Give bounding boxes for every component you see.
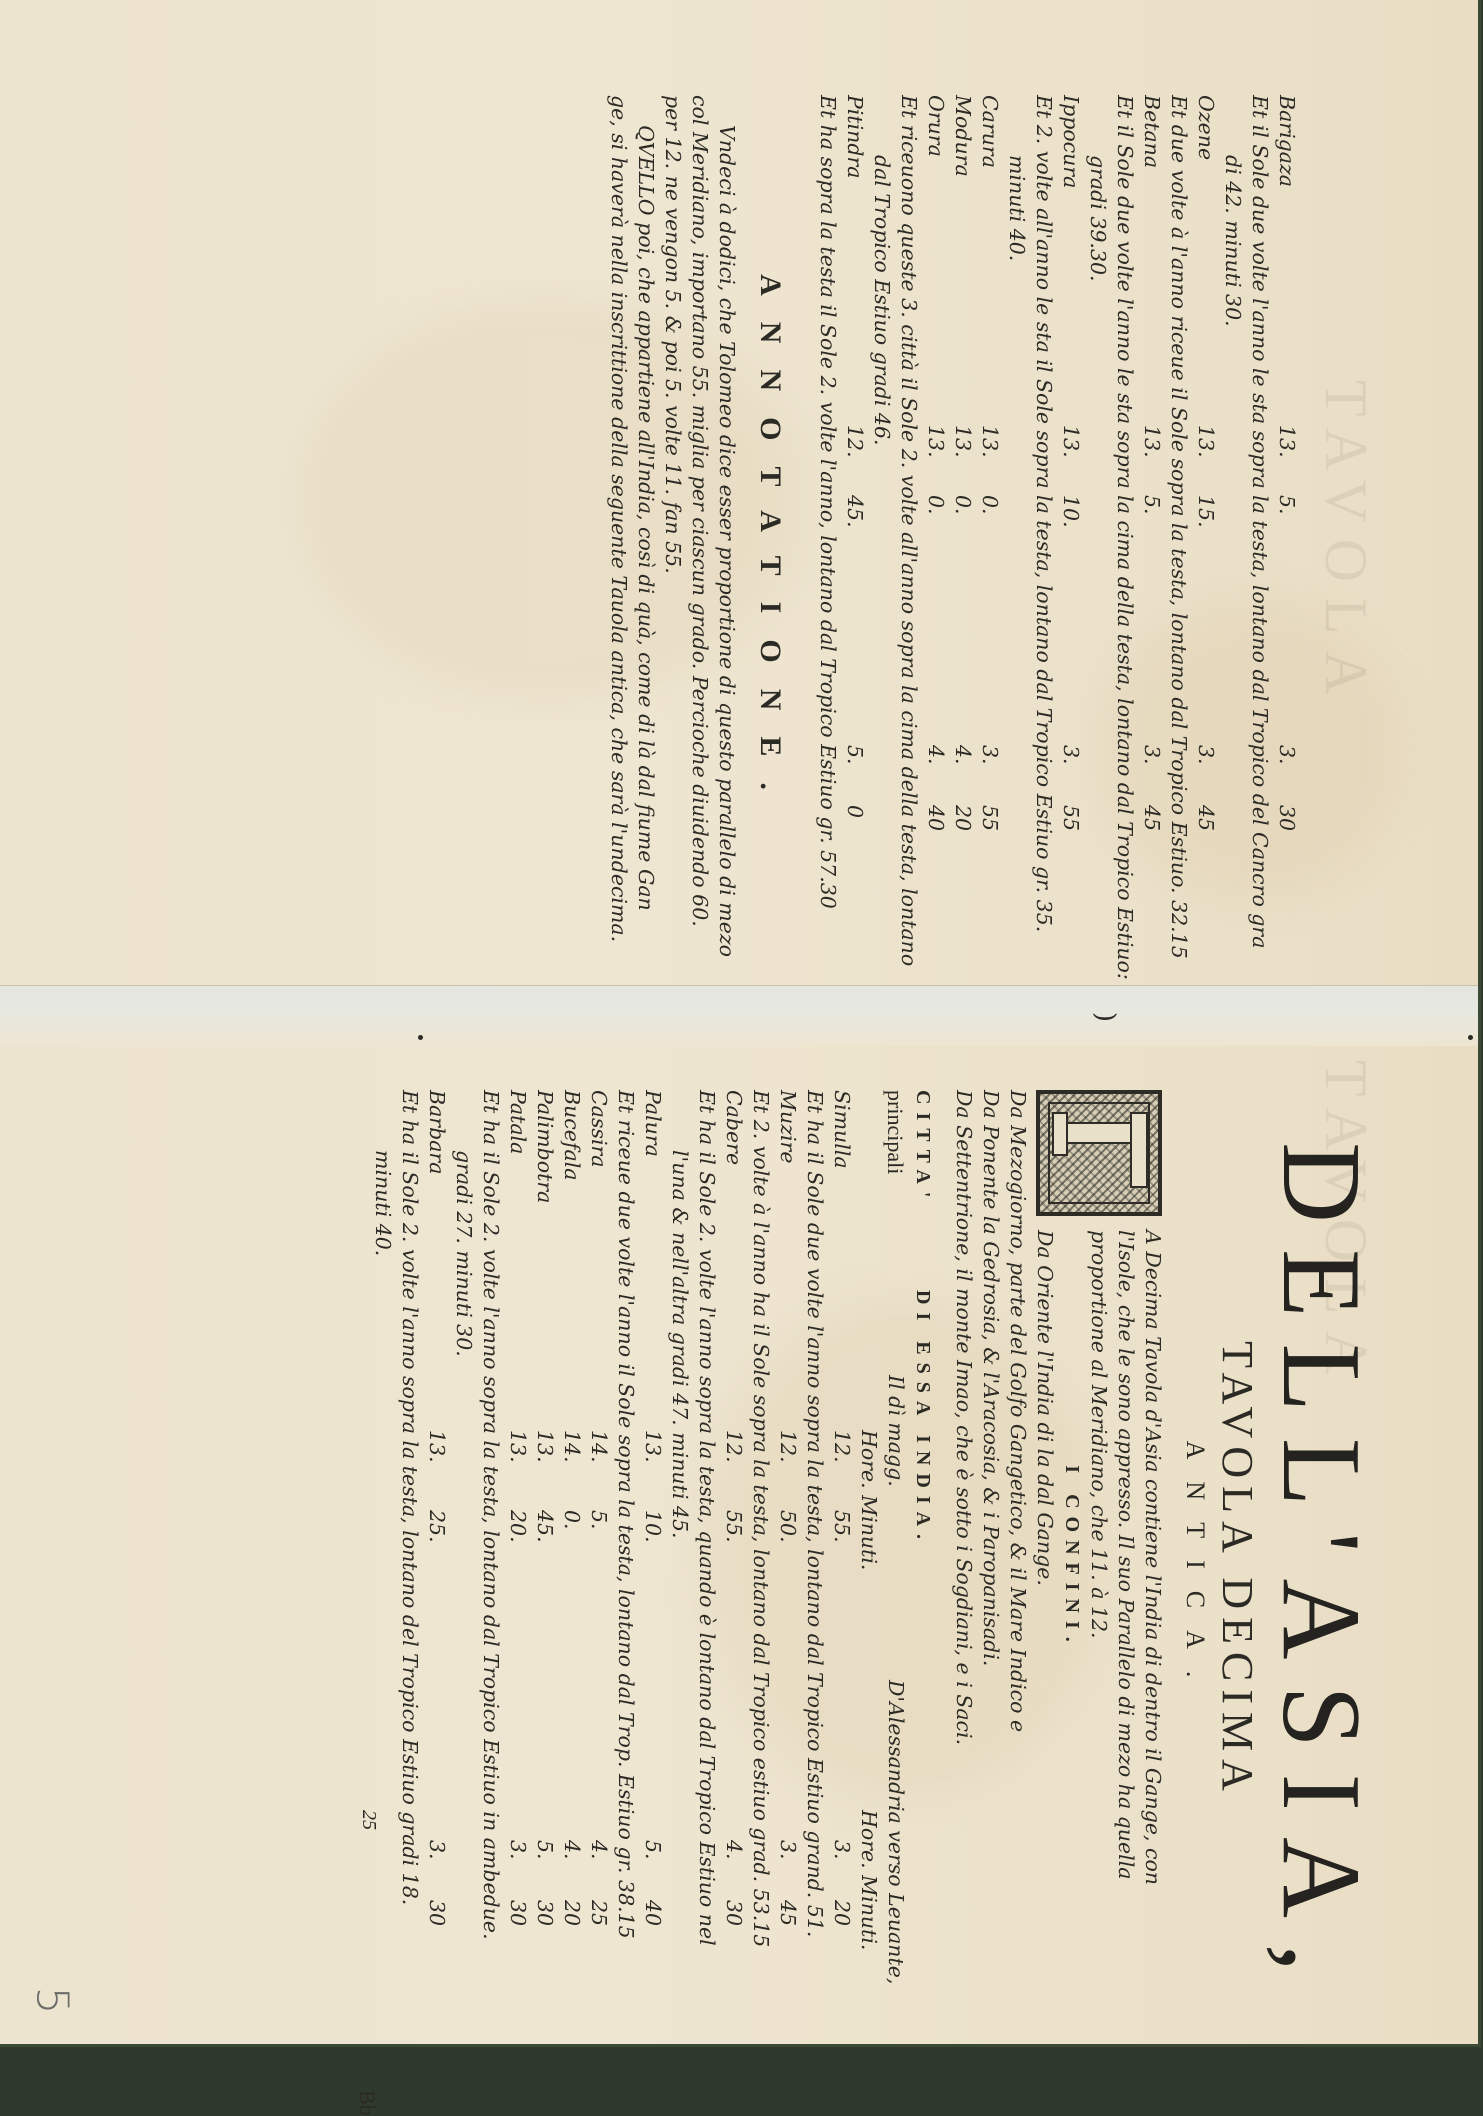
table-cell: 25. xyxy=(423,1510,450,1840)
table-cell: 14. xyxy=(585,1430,612,1510)
table-cell: Muzire xyxy=(774,1090,801,1430)
table-cell: 5. xyxy=(531,1840,558,1900)
table-cell: Barigaza xyxy=(1273,95,1300,425)
table-cell: 25 xyxy=(585,1900,612,1960)
table-cell: Palimbotra xyxy=(531,1090,558,1430)
table-cell: 55. xyxy=(828,1510,855,1840)
table-row: Barigaza13.5.3.30 xyxy=(1273,95,1300,995)
table-cell: 45. xyxy=(841,495,868,745)
table-cell: 14. xyxy=(558,1430,585,1510)
lower-page: DELL'ASIA, TAVOLA DECIMA ANTICA. A Decim… xyxy=(210,1090,1390,2048)
printer-mark: ) xyxy=(1090,1012,1120,1022)
table-cell: Betana xyxy=(1138,95,1165,425)
table-cell: 13. xyxy=(1138,425,1165,495)
table-cell: 5. xyxy=(841,745,868,805)
table-cell: 10. xyxy=(1057,495,1084,745)
table-row: Ippocura13.10.3.55 xyxy=(1057,95,1084,995)
table-cell: 5. xyxy=(1273,495,1300,745)
table-cell: 3. xyxy=(1273,745,1300,805)
table-cell: 3. xyxy=(1138,745,1165,805)
annotation-line: Vndeci à dodici, che Tolomeo dice esser … xyxy=(713,95,740,995)
table-cell: 45 xyxy=(1138,805,1165,865)
table-cell: 30 xyxy=(504,1900,531,1960)
table-cell: 15. xyxy=(1192,495,1219,745)
table-cell: 13. xyxy=(504,1430,531,1510)
table-cell: 0. xyxy=(558,1510,585,1840)
table-cell: 13. xyxy=(639,1430,666,1510)
intro-line: l'Isole, che le sono appresso. Il suo Pa… xyxy=(1112,1230,1139,1885)
upper-page: Barigaza13.5.3.30 Et il Sole due volte l… xyxy=(600,95,1300,995)
table-cell: 13. xyxy=(922,425,949,495)
table-cell: 3. xyxy=(1057,745,1084,805)
table-cell: 40 xyxy=(639,1900,666,1960)
header-group-1: Il dì magg. xyxy=(882,1275,909,1560)
table-note: Et il Sole due volte l'anno le sta sopra… xyxy=(1111,95,1138,995)
table-cell: 50. xyxy=(774,1510,801,1840)
table-row: Patala13.20.3.30 xyxy=(504,1090,531,2048)
table-cell: 30 xyxy=(531,1900,558,1960)
table-cell: 0 xyxy=(841,805,868,865)
catchword: 25 xyxy=(357,1810,380,1830)
table-row: Pitindra12.45.5.0 xyxy=(841,95,868,995)
table-row: Palimbotra13.45.5.30 xyxy=(531,1090,558,2048)
table-cell: 45 xyxy=(1192,805,1219,865)
confini-line: Da Ponente la Gedrosia, & l'Aracosia, & … xyxy=(977,1090,1004,2048)
table-cell: 13. xyxy=(976,425,1003,495)
table-cell: 5. xyxy=(585,1510,612,1840)
ink-spot xyxy=(418,1035,423,1040)
header-group-2: D'Alessandria verso Leuante, xyxy=(882,1560,909,2048)
ink-spot xyxy=(1468,1035,1473,1040)
book-spread: TAVOLA TAVOLA ) DELL'ASIA, TAVOLA DECIMA… xyxy=(0,0,1481,2047)
cities-table: Simulla12.55.3.20 Et ha il Sole due volt… xyxy=(369,1090,855,2048)
table-cell: 20 xyxy=(949,805,976,865)
bleed-through-text: TAVOLA xyxy=(1311,380,1380,710)
table-cell: Modura xyxy=(949,95,976,425)
table-cell: 55 xyxy=(976,805,1003,865)
table-cell: Patala xyxy=(504,1090,531,1430)
table-row: Cabere12.55.4.30 xyxy=(720,1090,747,2048)
pencil-annotation: 5 xyxy=(27,1987,78,2015)
intro-block: A Decima Tavola d'Asia contiene l'India … xyxy=(1031,1090,1166,2048)
table-note: Et il Sole due volte l'anno le sta sopra… xyxy=(1246,95,1273,995)
table-cell: 12. xyxy=(774,1430,801,1510)
table-cell: 5. xyxy=(639,1840,666,1900)
table-cell: 0. xyxy=(976,495,1003,745)
decorated-initial-L-icon xyxy=(1036,1090,1162,1216)
table-note: Et due volte à l'anno riceue il Sole sop… xyxy=(1165,95,1192,995)
table-cell: Bucefala xyxy=(558,1090,585,1430)
table-row: Carura13.0.3.55 xyxy=(976,95,1003,995)
confini-line: Da Mezogiorno, parte del Golfo Gangetico… xyxy=(1004,1090,1031,2048)
table-cell: 30 xyxy=(720,1900,747,1960)
table-cell: 55 xyxy=(1057,805,1084,865)
table-cell: 30 xyxy=(423,1900,450,1960)
table-row: Palura13.10.5.40 xyxy=(639,1090,666,2048)
table-note: Et ha il Sole 2. volte l'anno sopra la t… xyxy=(396,1090,423,2048)
table-cell: Ozene xyxy=(1192,95,1219,425)
table-note: Et 2. volte à l'anno ha il Sole sopra la… xyxy=(747,1090,774,2048)
table-row: Bucefala14.0.4.20 xyxy=(558,1090,585,2048)
annotation-body: Vndeci à dodici, che Tolomeo dice esser … xyxy=(605,95,740,995)
table-cell: 0. xyxy=(949,495,976,745)
table-cell: Palura xyxy=(639,1090,666,1430)
table-cell: 10. xyxy=(639,1510,666,1840)
cities-table-continued: Barigaza13.5.3.30 Et il Sole due volte l… xyxy=(814,95,1300,995)
table-cell: 4. xyxy=(922,745,949,805)
table-note: gradi 39.30. xyxy=(1084,95,1111,995)
page-subtitle: TAVOLA DECIMA xyxy=(1212,1090,1262,2048)
table-cell: 13. xyxy=(1057,425,1084,495)
header-principali: principali xyxy=(882,1090,909,1275)
table-cell: 13. xyxy=(423,1430,450,1510)
annotation-line: ge, si haverà nella inscrittione della s… xyxy=(605,95,632,995)
table-cell: 4. xyxy=(949,745,976,805)
table-cell: 3. xyxy=(976,745,1003,805)
table-cell: Simulla xyxy=(828,1090,855,1430)
table-cell: 13. xyxy=(1273,425,1300,495)
annotation-heading: ANNOTATIONE. xyxy=(740,95,800,995)
table-cell: 4. xyxy=(558,1840,585,1900)
table-note: Et riceuono queste 3. città il Sole 2. v… xyxy=(895,95,922,995)
table-cell: Cassira xyxy=(585,1090,612,1430)
table-cell: 45 xyxy=(774,1900,801,1960)
table-cell: 20 xyxy=(828,1900,855,1960)
header-group-title: DI ESSA INDIA. xyxy=(909,1290,936,1690)
confini-heading: I CONFINI. xyxy=(1058,1230,1085,1885)
table-cell: 45. xyxy=(531,1510,558,1840)
table-cell: 12. xyxy=(828,1430,855,1510)
table-cell: 40 xyxy=(922,805,949,865)
table-cell: Orura xyxy=(922,95,949,425)
table-cell: Ippocura xyxy=(1057,95,1084,425)
table-row: Ozene13.15.3.45 xyxy=(1192,95,1219,995)
table-note: di 42. minuti 30. xyxy=(1219,95,1246,995)
table-cell: 30 xyxy=(1273,805,1300,865)
table-row: Cassira14.5.4.25 xyxy=(585,1090,612,2048)
table-cell: 0. xyxy=(922,495,949,745)
table-cell: 20 xyxy=(558,1900,585,1960)
table-note: Et riceue due volte l'anno il Sole sopra… xyxy=(612,1090,639,2048)
table-note: Et ha sopra la testa il Sole 2. volte l'… xyxy=(814,95,841,995)
table-row: Muzire12.50.3.45 xyxy=(774,1090,801,2048)
table-row: Simulla12.55.3.20 xyxy=(828,1090,855,2048)
intro-line: proportione al Meridiano, che 11. à 12. xyxy=(1085,1230,1112,1885)
table-cell: Carura xyxy=(976,95,1003,425)
annotation-line: col Meridiano, importano 55. miglia per … xyxy=(686,95,713,995)
table-header: CITTA' DI ESSA INDIA. principali Il dì m… xyxy=(855,1090,936,2048)
header-citta: CITTA' xyxy=(909,1090,936,1290)
table-row: Modura13.0.4.20 xyxy=(949,95,976,995)
table-note: l'una & nell'altra gradi 47. minuti 45. xyxy=(666,1090,693,2048)
header-sub-1: Hore. Minuti. xyxy=(855,1430,882,1810)
table-note: Et ha il Sole due volte l'anno sopra la … xyxy=(801,1090,828,2048)
table-row: Barbara13.25.3.30 xyxy=(423,1090,450,2048)
table-cell: 20. xyxy=(504,1510,531,1840)
table-cell: 13. xyxy=(949,425,976,495)
table-note: dal Tropico Estiuo gradi 46. xyxy=(868,95,895,995)
table-cell: 3. xyxy=(1192,745,1219,805)
table-cell: 3. xyxy=(828,1840,855,1900)
table-cell: 55. xyxy=(720,1510,747,1840)
table-cell: Cabere xyxy=(720,1090,747,1430)
table-row: Betana13.5.3.45 xyxy=(1138,95,1165,995)
table-cell: Pitindra xyxy=(841,95,868,425)
table-cell: 13. xyxy=(1192,425,1219,495)
table-note: gradi 27. minuti 30. xyxy=(450,1090,477,2048)
table-cell: 5. xyxy=(1138,495,1165,745)
annotation-line: QVELLO poi, che appartiene all'India, co… xyxy=(632,95,659,995)
table-cell: Barbara xyxy=(423,1090,450,1430)
table-cell: 3. xyxy=(774,1840,801,1900)
table-note: minuti 40. xyxy=(1003,95,1030,995)
table-note: Et ha il Sole 2. volte l'anno sopra la t… xyxy=(693,1090,720,2048)
header-sub-2: Hore. Minuti. xyxy=(855,1810,882,1950)
table-note: Et 2. volte all'anno le sta il Sole sopr… xyxy=(1030,95,1057,995)
table-cell: 3. xyxy=(504,1840,531,1900)
table-row: Orura13.0.4.40 xyxy=(922,95,949,995)
annotation-line: per 12. ne vengon 5. & poi 5. volte 11. … xyxy=(659,95,686,995)
page-subtitle-antica: ANTICA. xyxy=(1178,1090,1212,2048)
table-cell: 4. xyxy=(585,1840,612,1900)
table-cell: 4. xyxy=(720,1840,747,1900)
table-note: Et ha il Sole 2. volte l'anno sopra la t… xyxy=(477,1090,504,2048)
table-cell: 3. xyxy=(423,1840,450,1900)
table-cell: 12. xyxy=(841,425,868,495)
intro-line: A Decima Tavola d'Asia contiene l'India … xyxy=(1139,1230,1166,1885)
table-cell: 12. xyxy=(720,1430,747,1510)
table-cell: 13. xyxy=(531,1430,558,1510)
page-title: DELL'ASIA, xyxy=(1262,1090,1380,2048)
table-note: minuti 40. xyxy=(369,1090,396,2048)
confini-line: Da Oriente l'India di la dal Gange. xyxy=(1031,1230,1058,1885)
confini-line: Da Settentrione, il monte Imao, che è so… xyxy=(950,1090,977,2048)
